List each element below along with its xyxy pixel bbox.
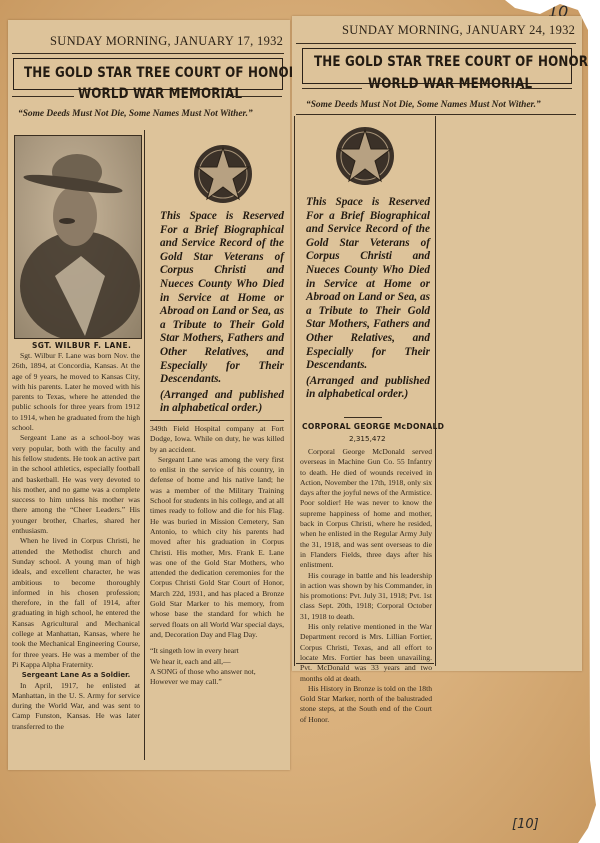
divider [302,88,362,89]
subheading: Sergeant Lane As a Soldier. [12,670,140,680]
article-paragraph: Sgt. Wilbur F. Lane was born Nov. the 26… [12,351,140,433]
article-paragraph: Corporal George McDonald served overseas… [300,447,432,571]
divider [296,43,576,44]
article-paragraph: In April, 1917, he enlisted at Manhattan… [12,681,140,732]
column-rule [435,116,436,666]
article-paragraph: His courage in battle and his leadership… [300,571,432,622]
poem-line: “It singeth low in every heart [150,646,284,656]
reserved-space-notice: This Space is Reserved For a Brief Biogr… [160,210,284,416]
divider [344,417,382,418]
headline-line2: WORLD WAR MEMORIAL [368,76,532,92]
divider [296,663,434,664]
reserved-text: This Space is Reserved For a Brief Biogr… [306,196,430,373]
soldier-name-heading: CORPORAL GEORGE McDONALD [302,422,444,431]
divider [12,53,284,54]
divider [520,88,572,89]
article-paragraph: His History in Bronze is told on the 18t… [300,684,432,725]
reserved-note: (Arranged and published in alphabetical … [160,389,284,416]
poem-line: A SONG of those who answer not, [150,667,284,677]
divider [150,420,284,421]
divider [230,96,282,97]
soldier-portrait-icon [15,136,141,338]
article-paragraph: Sergeant Lane was among the very first t… [150,455,284,640]
soldier-portrait-photo [14,135,142,339]
article-column-1: Sgt. Wilbur F. Lane was born Nov. the 26… [12,351,140,732]
article-paragraph: His only relative mentioned in the War D… [300,622,432,684]
divider [12,96,74,97]
poem-line: However we may call.” [150,677,284,687]
dateline: SUNDAY MORNING, JANUARY 24, 1932 [342,23,575,38]
headline-line1: THE GOLD STAR TREE COURT OF HONOR [314,54,588,70]
column-rule [294,116,295,666]
photo-caption: SGT. WILBUR F. LANE. [32,341,131,350]
article-paragraph: 349th Field Hospital company at Fort Dod… [150,424,284,455]
scrapbook-page: 10 [10] SUNDAY MORNING, JANUARY 17, 1932… [0,0,596,843]
gold-star-emblem-icon [334,126,396,186]
reserved-note: (Arranged and published in alphabetical … [306,375,430,402]
handwritten-page-number-bottom: [10] [512,817,539,832]
service-number: 2,315,472 [349,434,386,443]
article-paragraph: When he lived in Corpus Christi, he atte… [12,536,140,670]
article-column-2: 349th Field Hospital company at Fort Dod… [150,424,284,687]
column-rule [144,130,145,760]
motto: “Some Deeds Must Not Die, Some Names Mus… [18,109,253,119]
gold-star-emblem-icon [192,144,254,204]
dateline: SUNDAY MORNING, JANUARY 17, 1932 [50,34,283,49]
newspaper-clipping-jan-24: SUNDAY MORNING, JANUARY 24, 1932 THE GOL… [292,16,582,671]
newspaper-clipping-jan-17: SUNDAY MORNING, JANUARY 17, 1932 THE GOL… [8,20,290,770]
reserved-text: This Space is Reserved For a Brief Biogr… [160,210,284,387]
headline-line2: WORLD WAR MEMORIAL [78,86,242,102]
reserved-space-notice: This Space is Reserved For a Brief Biogr… [306,196,430,402]
poem-line: We hear it, each and all,— [150,657,284,667]
motto: “Some Deeds Must Not Die, Some Names Mus… [306,100,541,110]
headline-line1: THE GOLD STAR TREE COURT OF HONOR [24,65,298,81]
article-body: Corporal George McDonald served overseas… [300,447,432,725]
divider [296,114,576,115]
article-paragraph: Sergeant Lane as a school-boy was very p… [12,433,140,536]
